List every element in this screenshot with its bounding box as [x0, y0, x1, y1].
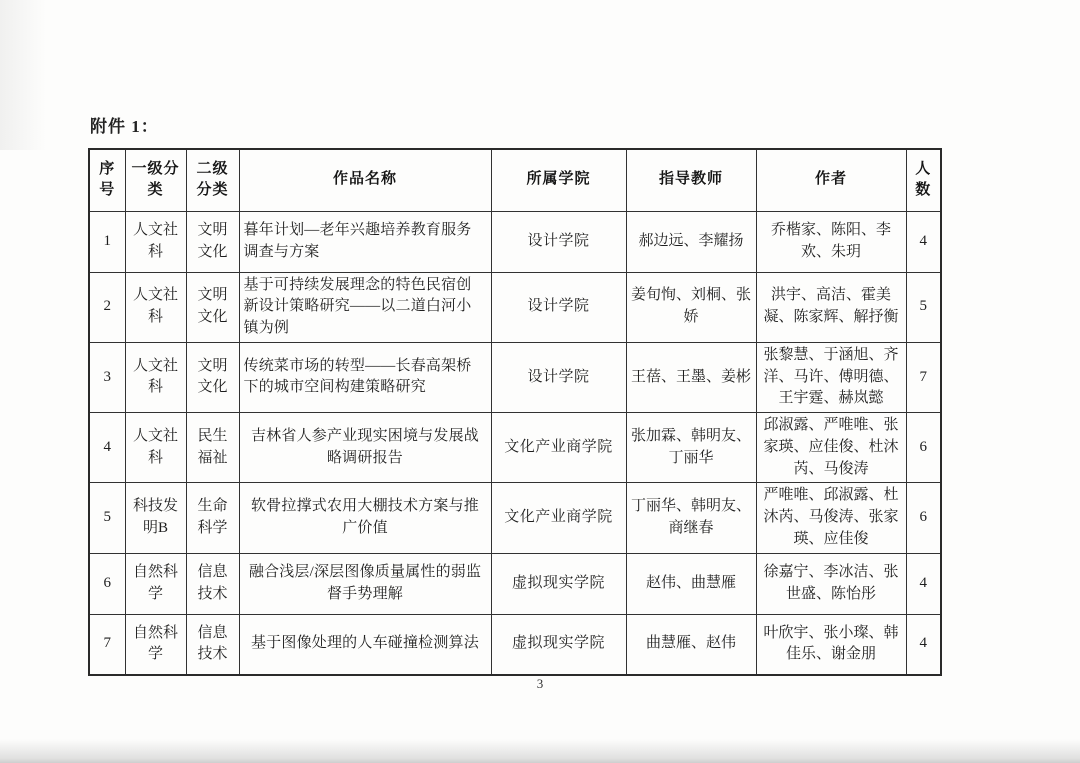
- col-header-college: 所属学院: [491, 149, 626, 211]
- table-row: 5 科技发明B 生命科学 软骨拉撑式农用大棚技术方案与推广价值 文化产业商学院 …: [89, 483, 941, 553]
- scan-smudge-artifact: [0, 0, 46, 150]
- row-teachers: 姜旬恂、刘桐、张娇: [626, 272, 756, 342]
- scan-shadow-artifact: [0, 739, 1080, 763]
- row-count: 6: [906, 483, 941, 553]
- row-category2: 民生福祉: [186, 413, 239, 483]
- row-college: 虚拟现实学院: [491, 614, 626, 675]
- table-row: 1 人文社科 文明文化 暮年计划—老年兴趣培养教育服务调查与方案 设计学院 郝边…: [89, 211, 941, 272]
- row-authors: 乔楷家、陈阳、李欢、朱玥: [756, 211, 906, 272]
- page-number: 3: [0, 676, 1080, 692]
- col-header-index: 序号: [89, 149, 125, 211]
- table-row: 7 自然科学 信息技术 基于图像处理的人车碰撞检测算法 虚拟现实学院 曲慧雁、赵…: [89, 614, 941, 675]
- table-row: 3 人文社科 文明文化 传统菜市场的转型——长春高架桥下的城市空间构建策略研究 …: [89, 342, 941, 412]
- row-category2: 文明文化: [186, 272, 239, 342]
- row-teachers: 张加霖、韩明友、丁丽华: [626, 413, 756, 483]
- row-category1: 自然科学: [125, 553, 186, 614]
- row-teachers: 赵伟、曲慧雁: [626, 553, 756, 614]
- row-category1: 人文社科: [125, 342, 186, 412]
- document-page: 附件 1： 序号 一级分类 二级分类 作品名称 所属学院 指导教师 作者 人数: [0, 0, 1080, 763]
- row-college: 文化产业商学院: [491, 483, 626, 553]
- row-category2: 文明文化: [186, 211, 239, 272]
- row-college: 文化产业商学院: [491, 413, 626, 483]
- awards-table: 序号 一级分类 二级分类 作品名称 所属学院 指导教师 作者 人数 1 人文社科…: [88, 148, 942, 676]
- row-count: 4: [906, 614, 941, 675]
- row-college: 设计学院: [491, 211, 626, 272]
- row-title: 传统菜市场的转型——长春高架桥下的城市空间构建策略研究: [239, 342, 491, 412]
- row-index: 3: [89, 342, 125, 412]
- row-category1: 人文社科: [125, 272, 186, 342]
- col-header-category2: 二级分类: [186, 149, 239, 211]
- col-header-authors: 作者: [756, 149, 906, 211]
- row-category2: 生命科学: [186, 483, 239, 553]
- row-authors: 严唯唯、邱淑露、杜沐芮、马俊涛、张家瑛、应佳俊: [756, 483, 906, 553]
- row-title: 软骨拉撑式农用大棚技术方案与推广价值: [239, 483, 491, 553]
- attachment-label: 附件 1：: [90, 112, 159, 137]
- table-row: 2 人文社科 文明文化 基于可持续发展理念的特色民宿创新设计策略研究——以二道白…: [89, 272, 941, 342]
- row-teachers: 王蓓、王墨、姜彬: [626, 342, 756, 412]
- row-category1: 科技发明B: [125, 483, 186, 553]
- row-count: 6: [906, 413, 941, 483]
- table-header-row: 序号 一级分类 二级分类 作品名称 所属学院 指导教师 作者 人数: [89, 149, 941, 211]
- col-header-count: 人数: [906, 149, 941, 211]
- row-category2: 信息技术: [186, 614, 239, 675]
- row-college: 虚拟现实学院: [491, 553, 626, 614]
- row-count: 7: [906, 342, 941, 412]
- row-authors: 洪宇、高洁、霍美凝、陈家辉、解抒衡: [756, 272, 906, 342]
- row-title: 暮年计划—老年兴趣培养教育服务调查与方案: [239, 211, 491, 272]
- row-title: 吉林省人参产业现实困境与发展战略调研报告: [239, 413, 491, 483]
- row-index: 5: [89, 483, 125, 553]
- row-authors: 徐嘉宁、李冰洁、张世盛、陈怡彤: [756, 553, 906, 614]
- row-college: 设计学院: [491, 272, 626, 342]
- col-header-teachers: 指导教师: [626, 149, 756, 211]
- row-teachers: 丁丽华、韩明友、商继春: [626, 483, 756, 553]
- row-authors: 张黎慧、于涵旭、齐洋、马许、傅明德、王宇霆、赫岚懿: [756, 342, 906, 412]
- row-title: 融合浅层/深层图像质量属性的弱监督手势理解: [239, 553, 491, 614]
- row-index: 7: [89, 614, 125, 675]
- row-category1: 自然科学: [125, 614, 186, 675]
- row-index: 4: [89, 413, 125, 483]
- row-college: 设计学院: [491, 342, 626, 412]
- row-teachers: 曲慧雁、赵伟: [626, 614, 756, 675]
- table-row: 4 人文社科 民生福祉 吉林省人参产业现实困境与发展战略调研报告 文化产业商学院…: [89, 413, 941, 483]
- row-count: 4: [906, 211, 941, 272]
- row-index: 2: [89, 272, 125, 342]
- row-category1: 人文社科: [125, 413, 186, 483]
- row-title: 基于图像处理的人车碰撞检测算法: [239, 614, 491, 675]
- row-category2: 文明文化: [186, 342, 239, 412]
- row-category2: 信息技术: [186, 553, 239, 614]
- col-header-category1: 一级分类: [125, 149, 186, 211]
- row-index: 6: [89, 553, 125, 614]
- row-authors: 邱淑露、严唯唯、张家瑛、应佳俊、杜沐芮、马俊涛: [756, 413, 906, 483]
- row-index: 1: [89, 211, 125, 272]
- row-title: 基于可持续发展理念的特色民宿创新设计策略研究——以二道白河小镇为例: [239, 272, 491, 342]
- row-teachers: 郝边远、李耀扬: [626, 211, 756, 272]
- row-count: 4: [906, 553, 941, 614]
- table-row: 6 自然科学 信息技术 融合浅层/深层图像质量属性的弱监督手势理解 虚拟现实学院…: [89, 553, 941, 614]
- row-category1: 人文社科: [125, 211, 186, 272]
- row-count: 5: [906, 272, 941, 342]
- row-authors: 叶欣宇、张小璨、韩佳乐、谢金朋: [756, 614, 906, 675]
- col-header-title: 作品名称: [239, 149, 491, 211]
